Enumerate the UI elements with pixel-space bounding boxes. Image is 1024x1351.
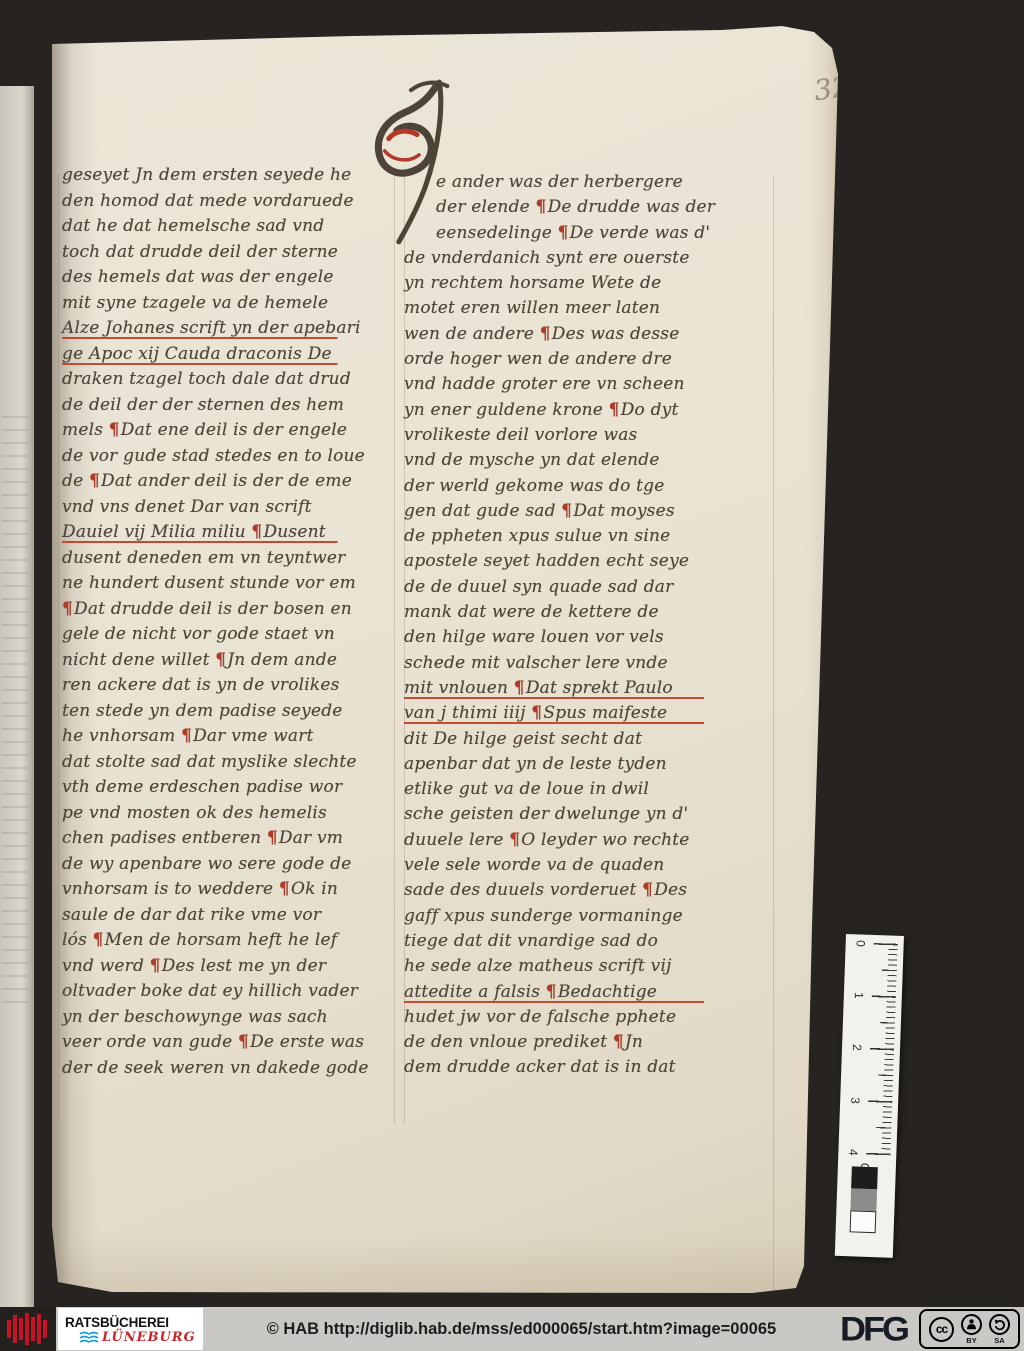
manuscript-line: sade des duuels vorderuet ¶Des (404, 878, 770, 903)
text-column-left: geseyet Jn dem ersten seyede heden homod… (62, 163, 398, 1081)
manuscript-line: wen de andere ¶Des was desse (404, 322, 770, 347)
cc-by-person-icon (961, 1314, 982, 1335)
manuscript-line: yn der beschowynge was sach (62, 1005, 398, 1031)
library-city: LÜNEBURG (102, 1330, 196, 1345)
manuscript-line: de ppheten xpus sulue vn sine (404, 524, 770, 549)
manuscript-line: vnd de mysche yn dat elende (404, 448, 770, 473)
digitized-manuscript-photo: 32 geseyet Jn dem ersten seyede heden ho… (0, 0, 1024, 1351)
ruler-number: 3 (848, 1093, 862, 1107)
grayscale-ruler: 0 1 2 3 4 Gray Scale (835, 934, 904, 1258)
manuscript-line: chen padises entberen ¶Dar vm (62, 826, 398, 852)
manuscript-line: ¶Dat drudde deil is der bosen en (62, 597, 398, 623)
manuscript-line: etlike gut va de loue in dwil (404, 777, 770, 802)
manuscript-line: der werld gekome was do tge (404, 474, 770, 499)
dfg-logo: DFG (840, 1309, 907, 1349)
manuscript-line: gaff xpus sunderge vormaninge (404, 904, 770, 929)
swatch-black (851, 1166, 878, 1189)
manuscript-line: apostele seyet hadden echt seye (404, 549, 770, 574)
manuscript-line: dat he dat hemelsche sad vnd (62, 214, 398, 240)
manuscript-line: des hemels dat was der engele (62, 265, 398, 291)
manuscript-line: attedite a falsis ¶Bedachtige (404, 980, 770, 1005)
page-fold-line (773, 176, 774, 1306)
manuscript-line: mit vnlouen ¶Dat sprekt Paulo (404, 676, 770, 701)
manuscript-line: motet eren willen meer laten (404, 296, 770, 321)
ruler-number: 2 (850, 1040, 864, 1054)
manuscript-line: dusent deneden em vn teyntwer (62, 546, 398, 572)
manuscript-line: toch dat drudde deil der sterne (62, 240, 398, 266)
manuscript-line: lós ¶Men de horsam heft he lef (62, 928, 398, 954)
manuscript-line: de ¶Dat ander deil is der de eme (62, 469, 398, 495)
folio-number: 32 (812, 70, 852, 108)
manuscript-line: den homod dat mede vordaruede (62, 189, 398, 215)
manuscript-line: de vnderdanich synt ere ouerste (404, 246, 770, 271)
manuscript-line: van j thimi iiij ¶Spus maifeste (404, 701, 770, 726)
library-name: RATSBÜCHEREI (65, 1315, 196, 1330)
cc-icon: cc (929, 1317, 954, 1342)
cc-sa-label: SA (994, 1336, 1004, 1345)
manuscript-line: dit De hilge geist secht dat (404, 727, 770, 752)
manuscript-line: oltvader boke dat ey hillich vader (62, 979, 398, 1005)
manuscript-line: ge Apoc xij Cauda draconis De (62, 342, 398, 368)
manuscript-line: yn rechtem horsame Wete de (404, 271, 770, 296)
manuscript-line: sche geisten der dwelunge yn d' (404, 802, 770, 827)
manuscript-line: vnd vns denet Dar van scrift (62, 495, 398, 521)
manuscript-line: vnhorsam is to weddere ¶Ok in (62, 877, 398, 903)
manuscript-line: mels ¶Dat ene deil is der engele (62, 418, 398, 444)
manuscript-line: de de duuel syn quade sad dar (404, 575, 770, 600)
manuscript-line: mit syne tzagele va de hemele (62, 291, 398, 317)
manuscript-line: vele sele worde va de quaden (404, 853, 770, 878)
manuscript-line: saule de dar dat rike vme vor (62, 903, 398, 929)
blue-book-icon (79, 1331, 99, 1344)
manuscript-line: vnd werd ¶Des lest me yn der (62, 954, 398, 980)
manuscript-line: de vor gude stad stedes en to loue (62, 444, 398, 470)
manuscript-line: Dauiel vij Milia miliu ¶Dusent (62, 520, 398, 546)
text-column-right: e ander was der herbergereder elende ¶De… (404, 170, 770, 1081)
manuscript-line: draken tzagel toch dale dat drud (62, 367, 398, 393)
manuscript-line: ten stede yn dem padise seyede (62, 699, 398, 725)
manuscript-line: mank dat were de kettere de (404, 600, 770, 625)
manuscript-line: Alze Johanes scrift yn der apebari (62, 316, 398, 342)
manuscript-line: dem drudde acker dat is in dat (404, 1055, 770, 1080)
manuscript-line: de deil der der sternen des hem (62, 393, 398, 419)
manuscript-line: de den vnloue prediket ¶Jn (404, 1030, 770, 1055)
manuscript-line: orde hoger wen de andere dre (404, 347, 770, 372)
manuscript-line: eensedelinge ¶De verde was d' (404, 221, 770, 246)
swatch-gray (850, 1188, 877, 1211)
manuscript-line: den hilge ware louen vor vels (404, 625, 770, 650)
manuscript-line: ne hundert dusent stunde vor em (62, 571, 398, 597)
manuscript-line: gen dat gude sad ¶Dat moyses (404, 499, 770, 524)
ruler-number: 0 (853, 936, 867, 950)
ratsbuecherei-bars-icon (0, 1307, 56, 1351)
manuscript-line: pe vnd mosten ok des hemelis (62, 801, 398, 827)
manuscript-line: e ander was der herbergere (404, 170, 770, 195)
manuscript-line: de wy apenbare wo sere gode de (62, 852, 398, 878)
swatch-white (850, 1210, 877, 1233)
grayscale-swatches (850, 1166, 878, 1233)
manuscript-line: gele de nicht vor gode staet vn (62, 622, 398, 648)
manuscript-line: veer orde van gude ¶De erste was (62, 1030, 398, 1056)
manuscript-line: apenbar dat yn de leste tyden (404, 752, 770, 777)
manuscript-line: he vnhorsam ¶Dar vme wart (62, 724, 398, 750)
manuscript-line: he sede alze matheus scrift vij (404, 954, 770, 979)
ruler-ticks (864, 943, 897, 1156)
facing-page-edge (0, 86, 34, 1307)
column-rule (58, 174, 59, 1124)
library-logo: RATSBÜCHEREI LÜNEBURG (58, 1308, 203, 1350)
manuscript-line: der elende ¶De drudde was der (404, 195, 770, 220)
manuscript-line: nicht dene willet ¶Jn dem ande (62, 648, 398, 674)
manuscript-line: yn ener guldene krone ¶Do dyt (404, 398, 770, 423)
manuscript-line: geseyet Jn dem ersten seyede he (62, 163, 398, 189)
copyright-url: © HAB http://diglib.hab.de/mss/ed000065/… (203, 1320, 840, 1339)
manuscript-line: ren ackere dat is yn de vrolikes (62, 673, 398, 699)
manuscript-line: vrolikeste deil vorlore was (404, 423, 770, 448)
ruler-number: 4 (846, 1145, 860, 1159)
manuscript-line: tiege dat dit vnardige sad do (404, 929, 770, 954)
manuscript-line: vth deme erdeschen padise wor (62, 775, 398, 801)
manuscript-line: der de seek weren vn dakede gode (62, 1056, 398, 1082)
manuscript-line: duuele lere ¶O leyder wo rechte (404, 828, 770, 853)
manuscript-line: hudet jw vor de falsche pphete (404, 1005, 770, 1030)
cc-sa-arrow-icon (989, 1314, 1010, 1335)
cc-by-label: BY (966, 1336, 976, 1345)
manuscript-line: vnd hadde groter ere vn scheen (404, 372, 770, 397)
manuscript-line: dat stolte sad dat myslike slechte (62, 750, 398, 776)
manuscript-line: schede mit valscher lere vnde (404, 651, 770, 676)
cc-license-badge: cc BY SA (919, 1309, 1020, 1349)
footer-bar: RATSBÜCHEREI LÜNEBURG © HAB http://digli… (0, 1307, 1024, 1351)
ruler-number: 1 (852, 988, 866, 1002)
